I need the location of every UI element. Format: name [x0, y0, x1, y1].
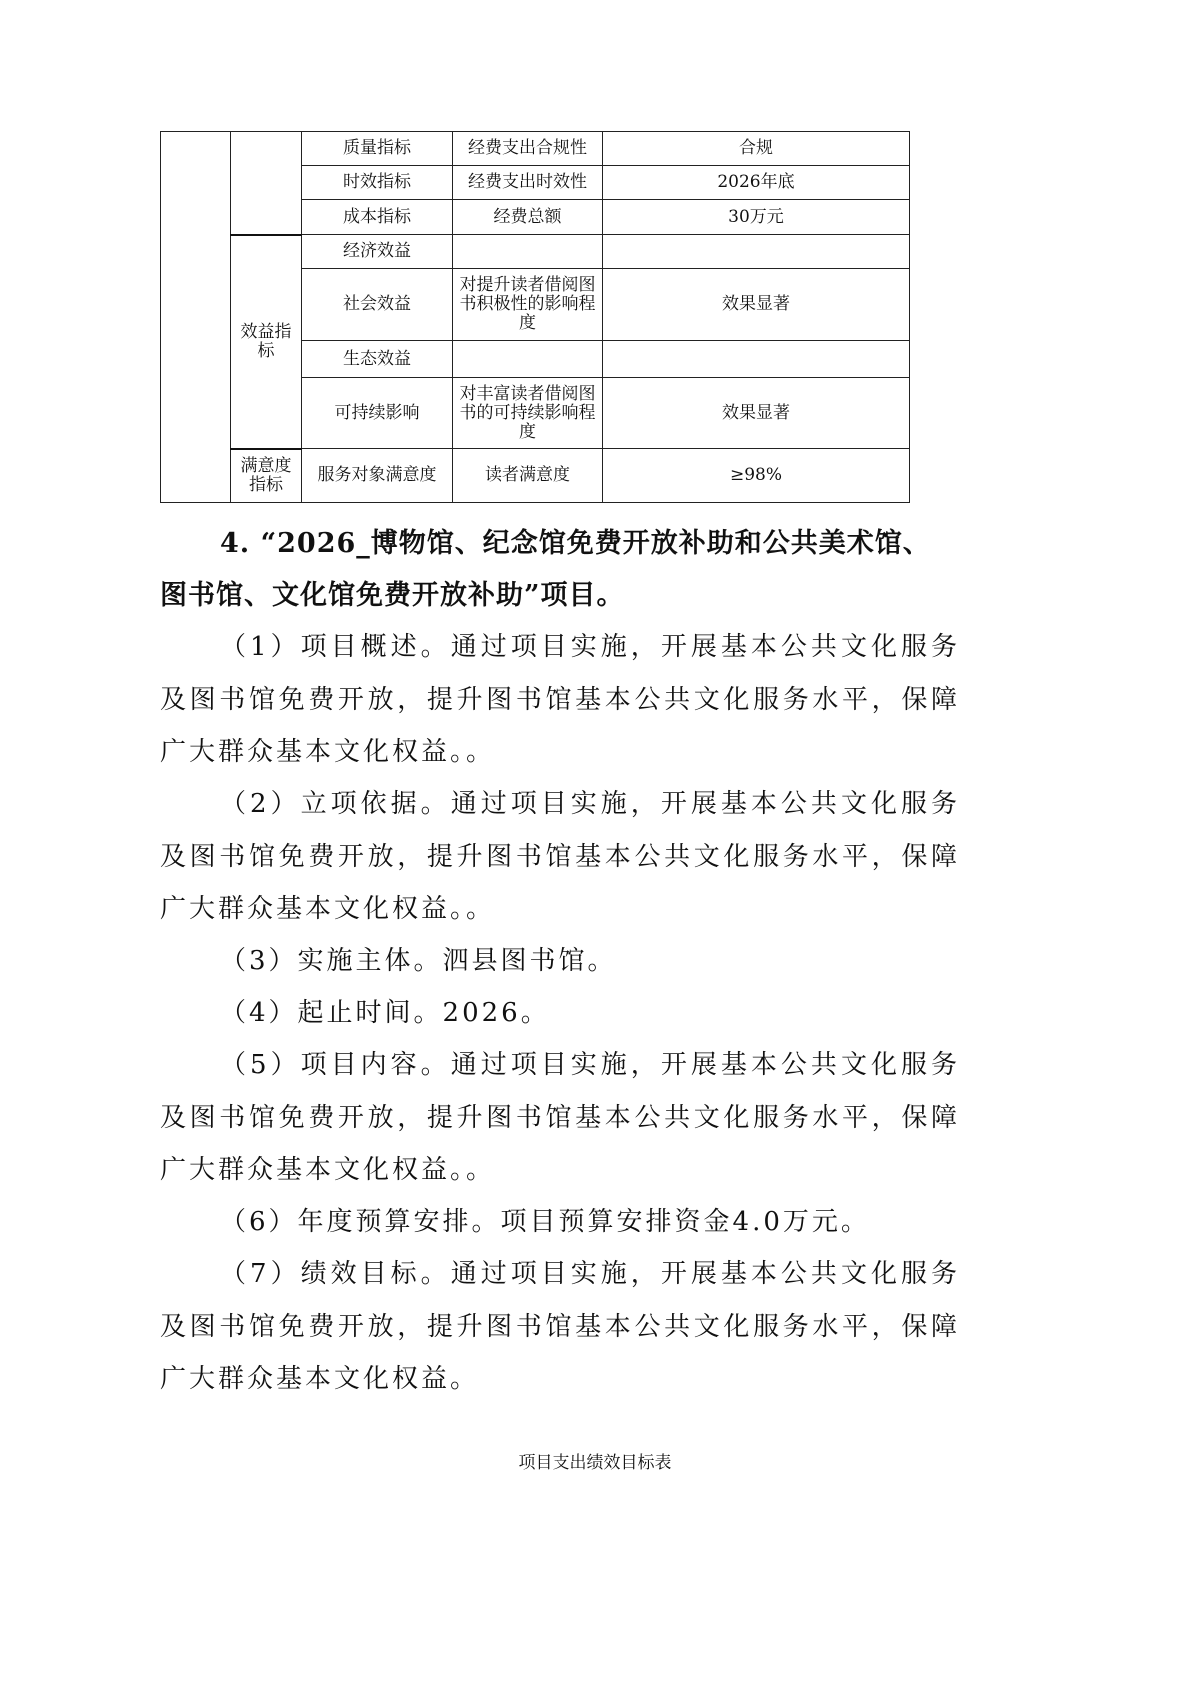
level3-cell: 质量指标 — [302, 132, 453, 166]
paragraph-content: （5）项目内容。通过项目实施，开展基本公共文化服务及图书馆免费开放，提升图书馆基… — [160, 1039, 960, 1197]
table-row: 效益指标 经济效益 — [161, 235, 910, 269]
value-cell: 2026年底 — [603, 166, 910, 200]
paragraph-implementer: （3）实施主体。泗县图书馆。 — [160, 935, 960, 988]
level3-cell: 时效指标 — [302, 166, 453, 200]
value-cell: 合规 — [603, 132, 910, 166]
level2-cell: 满意度指标 — [231, 449, 302, 503]
heading-line-1: 4. “2026_博物馆、纪念馆免费开放补助和公共美术馆、 — [160, 518, 960, 570]
section-heading: 4. “2026_博物馆、纪念馆免费开放补助和公共美术馆、 图书馆、文化馆免费开… — [160, 518, 960, 622]
level3-cell: 服务对象满意度 — [302, 449, 453, 503]
indicator-cell — [453, 341, 603, 378]
level2-cell: 效益指标 — [231, 235, 302, 449]
paragraph-overview: （1）项目概述。通过项目实施，开展基本公共文化服务及图书馆免费开放，提升图书馆基… — [160, 621, 960, 779]
indicator-cell: 读者满意度 — [453, 449, 603, 503]
value-cell — [603, 341, 910, 378]
indicator-cell: 经费支出合规性 — [453, 132, 603, 166]
paragraph-basis: （2）立项依据。通过项目实施，开展基本公共文化服务及图书馆免费开放，提升图书馆基… — [160, 778, 960, 936]
value-cell: 30万元 — [603, 200, 910, 235]
level2-cell — [231, 132, 302, 235]
value-cell: 效果显著 — [603, 378, 910, 449]
performance-indicator-table: 质量指标 经费支出合规性 合规 时效指标 经费支出时效性 2026年底 成本指标… — [160, 131, 910, 503]
level1-cell — [161, 132, 231, 503]
level3-cell: 成本指标 — [302, 200, 453, 235]
indicator-cell — [453, 235, 603, 269]
indicator-cell: 经费总额 — [453, 200, 603, 235]
value-cell: ≥98% — [603, 449, 910, 503]
level3-cell: 生态效益 — [302, 341, 453, 378]
level3-cell: 经济效益 — [302, 235, 453, 269]
table-row: 满意度指标 服务对象满意度 读者满意度 ≥98% — [161, 449, 910, 503]
level3-cell: 可持续影响 — [302, 378, 453, 449]
table-caption: 项目支出绩效目标表 — [0, 1448, 1190, 1473]
heading-line-2: 图书馆、文化馆免费开放补助”项目。 — [160, 570, 960, 622]
value-cell: 效果显著 — [603, 269, 910, 341]
value-cell — [603, 235, 910, 269]
level3-cell: 社会效益 — [302, 269, 453, 341]
indicator-cell: 对提升读者借阅图书积极性的影响程度 — [453, 269, 603, 341]
paragraph-period: （4）起止时间。2026。 — [160, 987, 960, 1040]
indicator-cell: 对丰富读者借阅图书的可持续影响程度 — [453, 378, 603, 449]
indicator-cell: 经费支出时效性 — [453, 166, 603, 200]
paragraph-budget: （6）年度预算安排。项目预算安排资金4.0万元。 — [160, 1196, 960, 1249]
paragraph-goals: （7）绩效目标。通过项目实施，开展基本公共文化服务及图书馆免费开放，提升图书馆基… — [160, 1248, 960, 1406]
table-row: 质量指标 经费支出合规性 合规 — [161, 132, 910, 166]
